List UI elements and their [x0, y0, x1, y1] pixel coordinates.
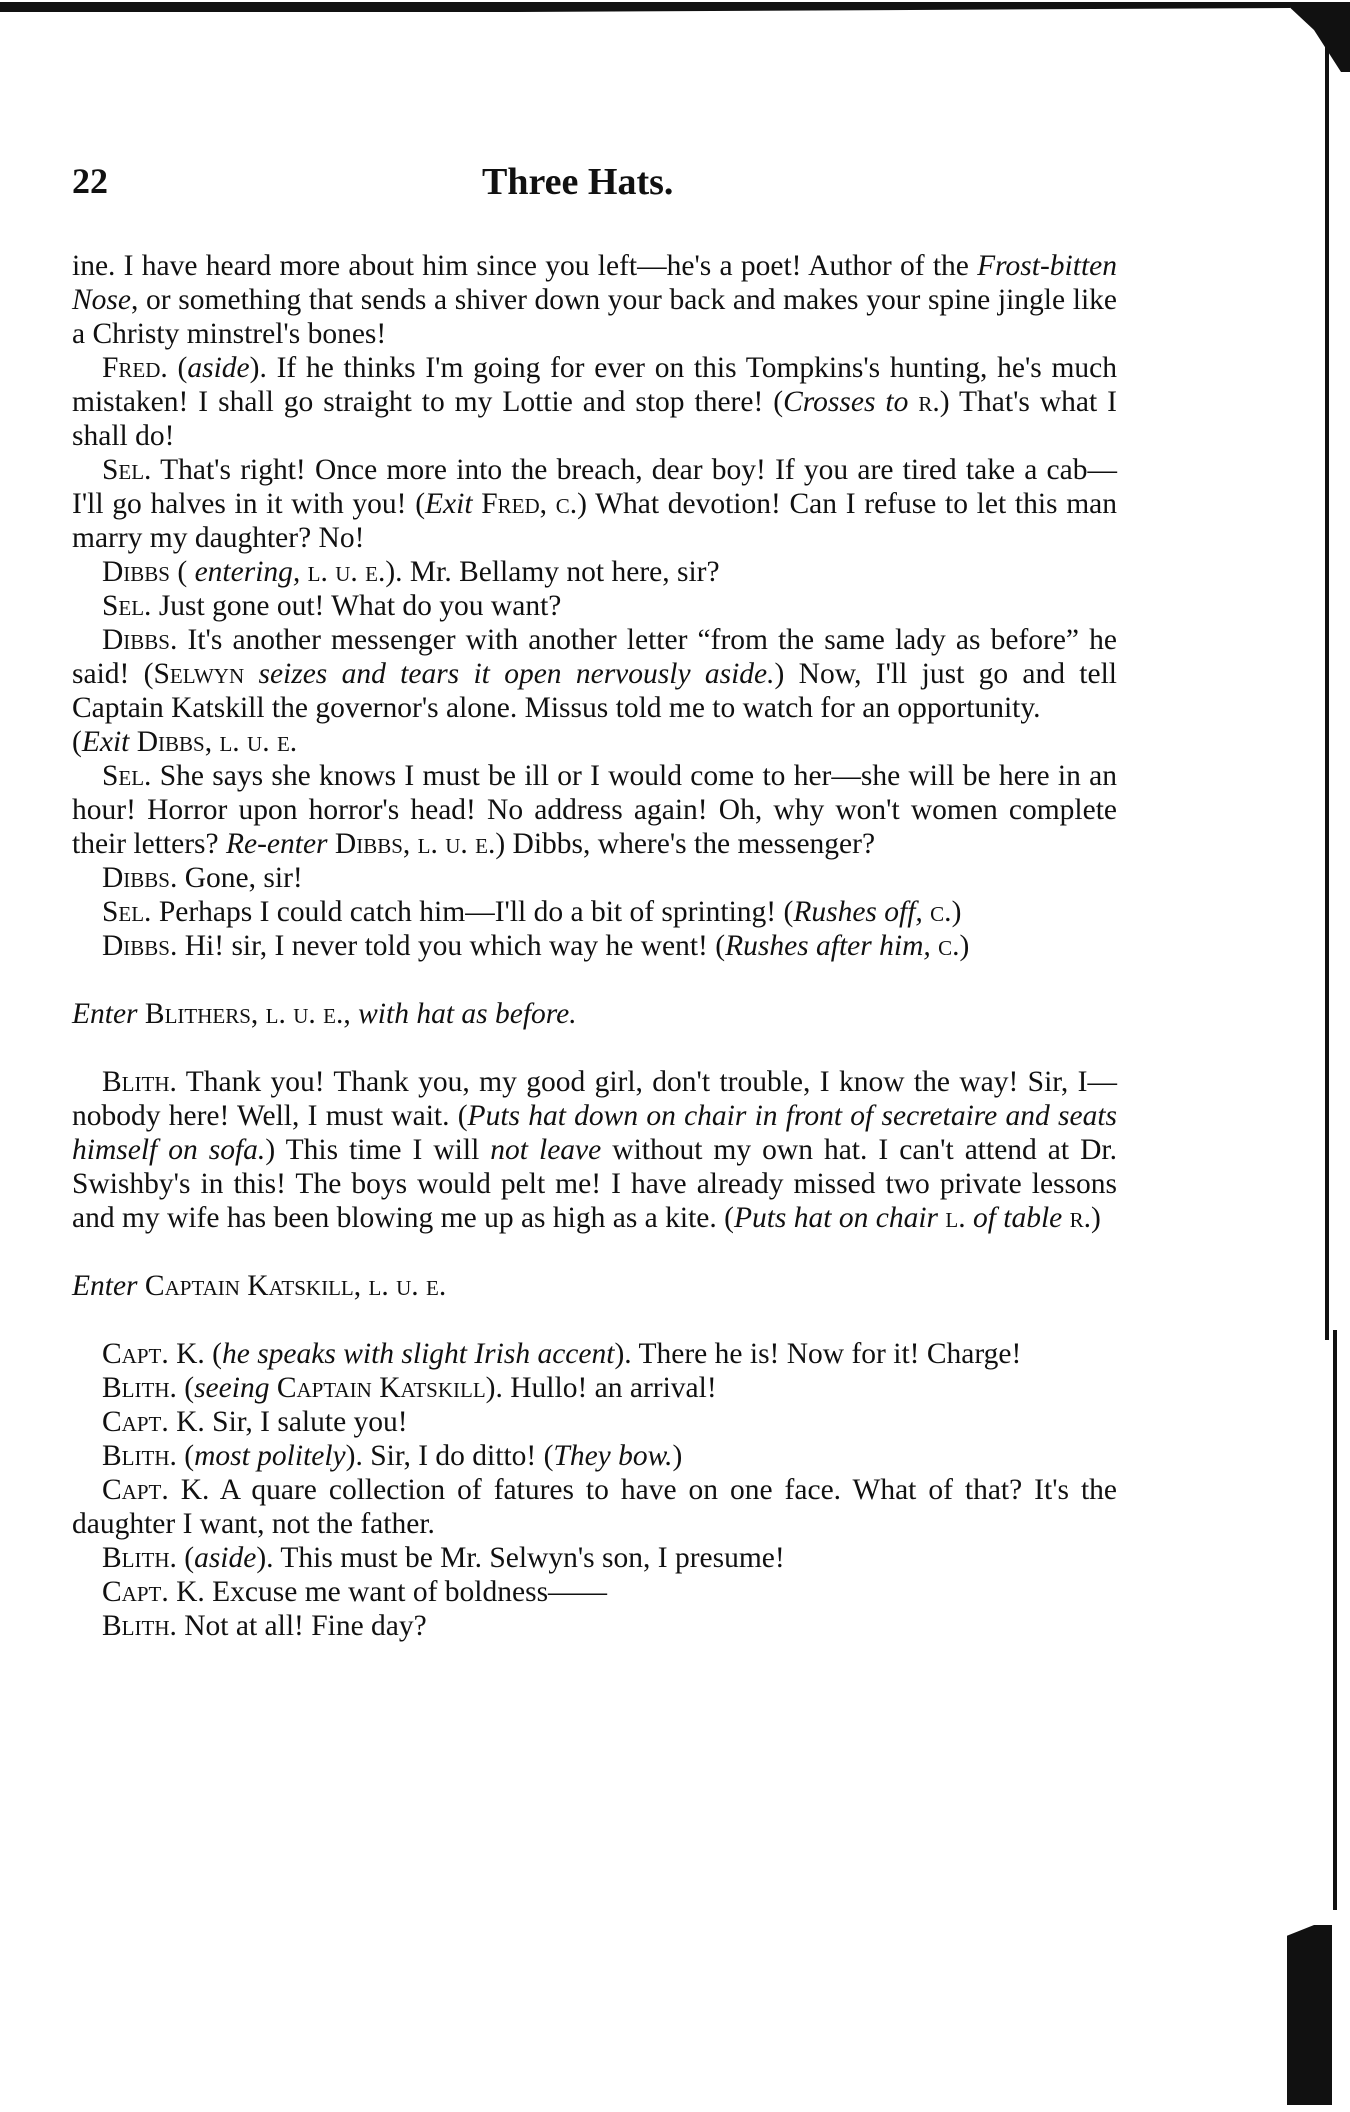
- speech-dibbs: Dibbs. It's another messenger with anoth…: [72, 623, 1117, 725]
- scan-right-edge-lower: [1333, 1330, 1337, 1910]
- speech-capt: Capt. K. (he speaks with slight Irish ac…: [72, 1337, 1117, 1371]
- stage-direction-enter: Enter Blithers, l. u. e., with hat as be…: [72, 997, 1117, 1031]
- speaker: Dibbs.: [102, 930, 177, 962]
- page-header: 22 Three Hats.: [72, 160, 1117, 210]
- speaker: Blith.: [102, 1066, 177, 1098]
- stage-direction-exit: (Exit Dibbs, l. u. e.: [72, 725, 1117, 759]
- speech-dibbs: Dibbs. Gone, sir!: [72, 861, 1117, 895]
- speech-blith: Blith. (most politely). Sir, I do ditto!…: [72, 1439, 1117, 1473]
- speaker: Capt. K.: [102, 1338, 205, 1370]
- speaker: Sel.: [102, 760, 151, 792]
- speech-capt: Capt. K. A quare collection of fatures t…: [72, 1473, 1117, 1541]
- speaker: Dibbs.: [102, 862, 177, 894]
- speaker: Blith.: [102, 1542, 177, 1574]
- speech-blith: Blith. Thank you! Thank you, my good gir…: [72, 1065, 1117, 1235]
- speech-fred: Fred. (aside). If he thinks I'm going fo…: [72, 351, 1117, 453]
- speaker: Dibbs: [102, 556, 170, 588]
- speaker: Blith.: [102, 1440, 177, 1472]
- scan-right-edge: [1325, 10, 1329, 1340]
- speech-capt: Capt. K. Sir, I salute you!: [72, 1405, 1117, 1439]
- scan-corner-shadow: [1290, 2, 1350, 72]
- speech-blith: Blith. (aside). This must be Mr. Selwyn'…: [72, 1541, 1117, 1575]
- speech-sel: Sel. Just gone out! What do you want?: [72, 589, 1117, 623]
- speech-capt: Capt. K. Excuse me want of boldness——: [72, 1575, 1117, 1609]
- speech-dibbs: Dibbs. Hi! sir, I never told you which w…: [72, 929, 1117, 963]
- speaker: Dibbs.: [102, 624, 177, 656]
- scan-top-edge: [0, 2, 1290, 12]
- speaker: Sel.: [102, 896, 151, 928]
- speech-sel: Sel. Perhaps I could catch him—I'll do a…: [72, 895, 1117, 929]
- speaker: Sel.: [102, 454, 151, 486]
- speech-sel: Sel. She says she knows I must be ill or…: [72, 759, 1117, 861]
- speech-sel: Sel. That's right! Once more into the br…: [72, 453, 1117, 555]
- speech-blith: Blith. Not at all! Fine day?: [72, 1609, 1117, 1643]
- speaker: Sel.: [102, 590, 151, 622]
- speaker: Fred.: [102, 352, 168, 384]
- speaker: Blith.: [102, 1610, 177, 1642]
- stage-direction-enter: Enter Captain Katskill, l. u. e.: [72, 1269, 1117, 1303]
- scan-bottom-shadow: [1287, 1925, 1332, 2105]
- speaker: Capt. K.: [102, 1406, 205, 1438]
- page-body: ine. I have heard more about him since y…: [72, 249, 1117, 1643]
- speaker: Capt. K.: [102, 1576, 205, 1608]
- speech-blith: Blith. (seeing Captain Katskill). Hullo!…: [72, 1371, 1117, 1405]
- page-number: 22: [72, 160, 108, 202]
- speech-dibbs: Dibbs ( entering, l. u. e.). Mr. Bellamy…: [72, 555, 1117, 589]
- running-title: Three Hats.: [482, 160, 673, 204]
- paragraph: ine. I have heard more about him since y…: [72, 249, 1117, 351]
- speaker: Capt. K.: [102, 1474, 209, 1506]
- speaker: Blith.: [102, 1372, 177, 1404]
